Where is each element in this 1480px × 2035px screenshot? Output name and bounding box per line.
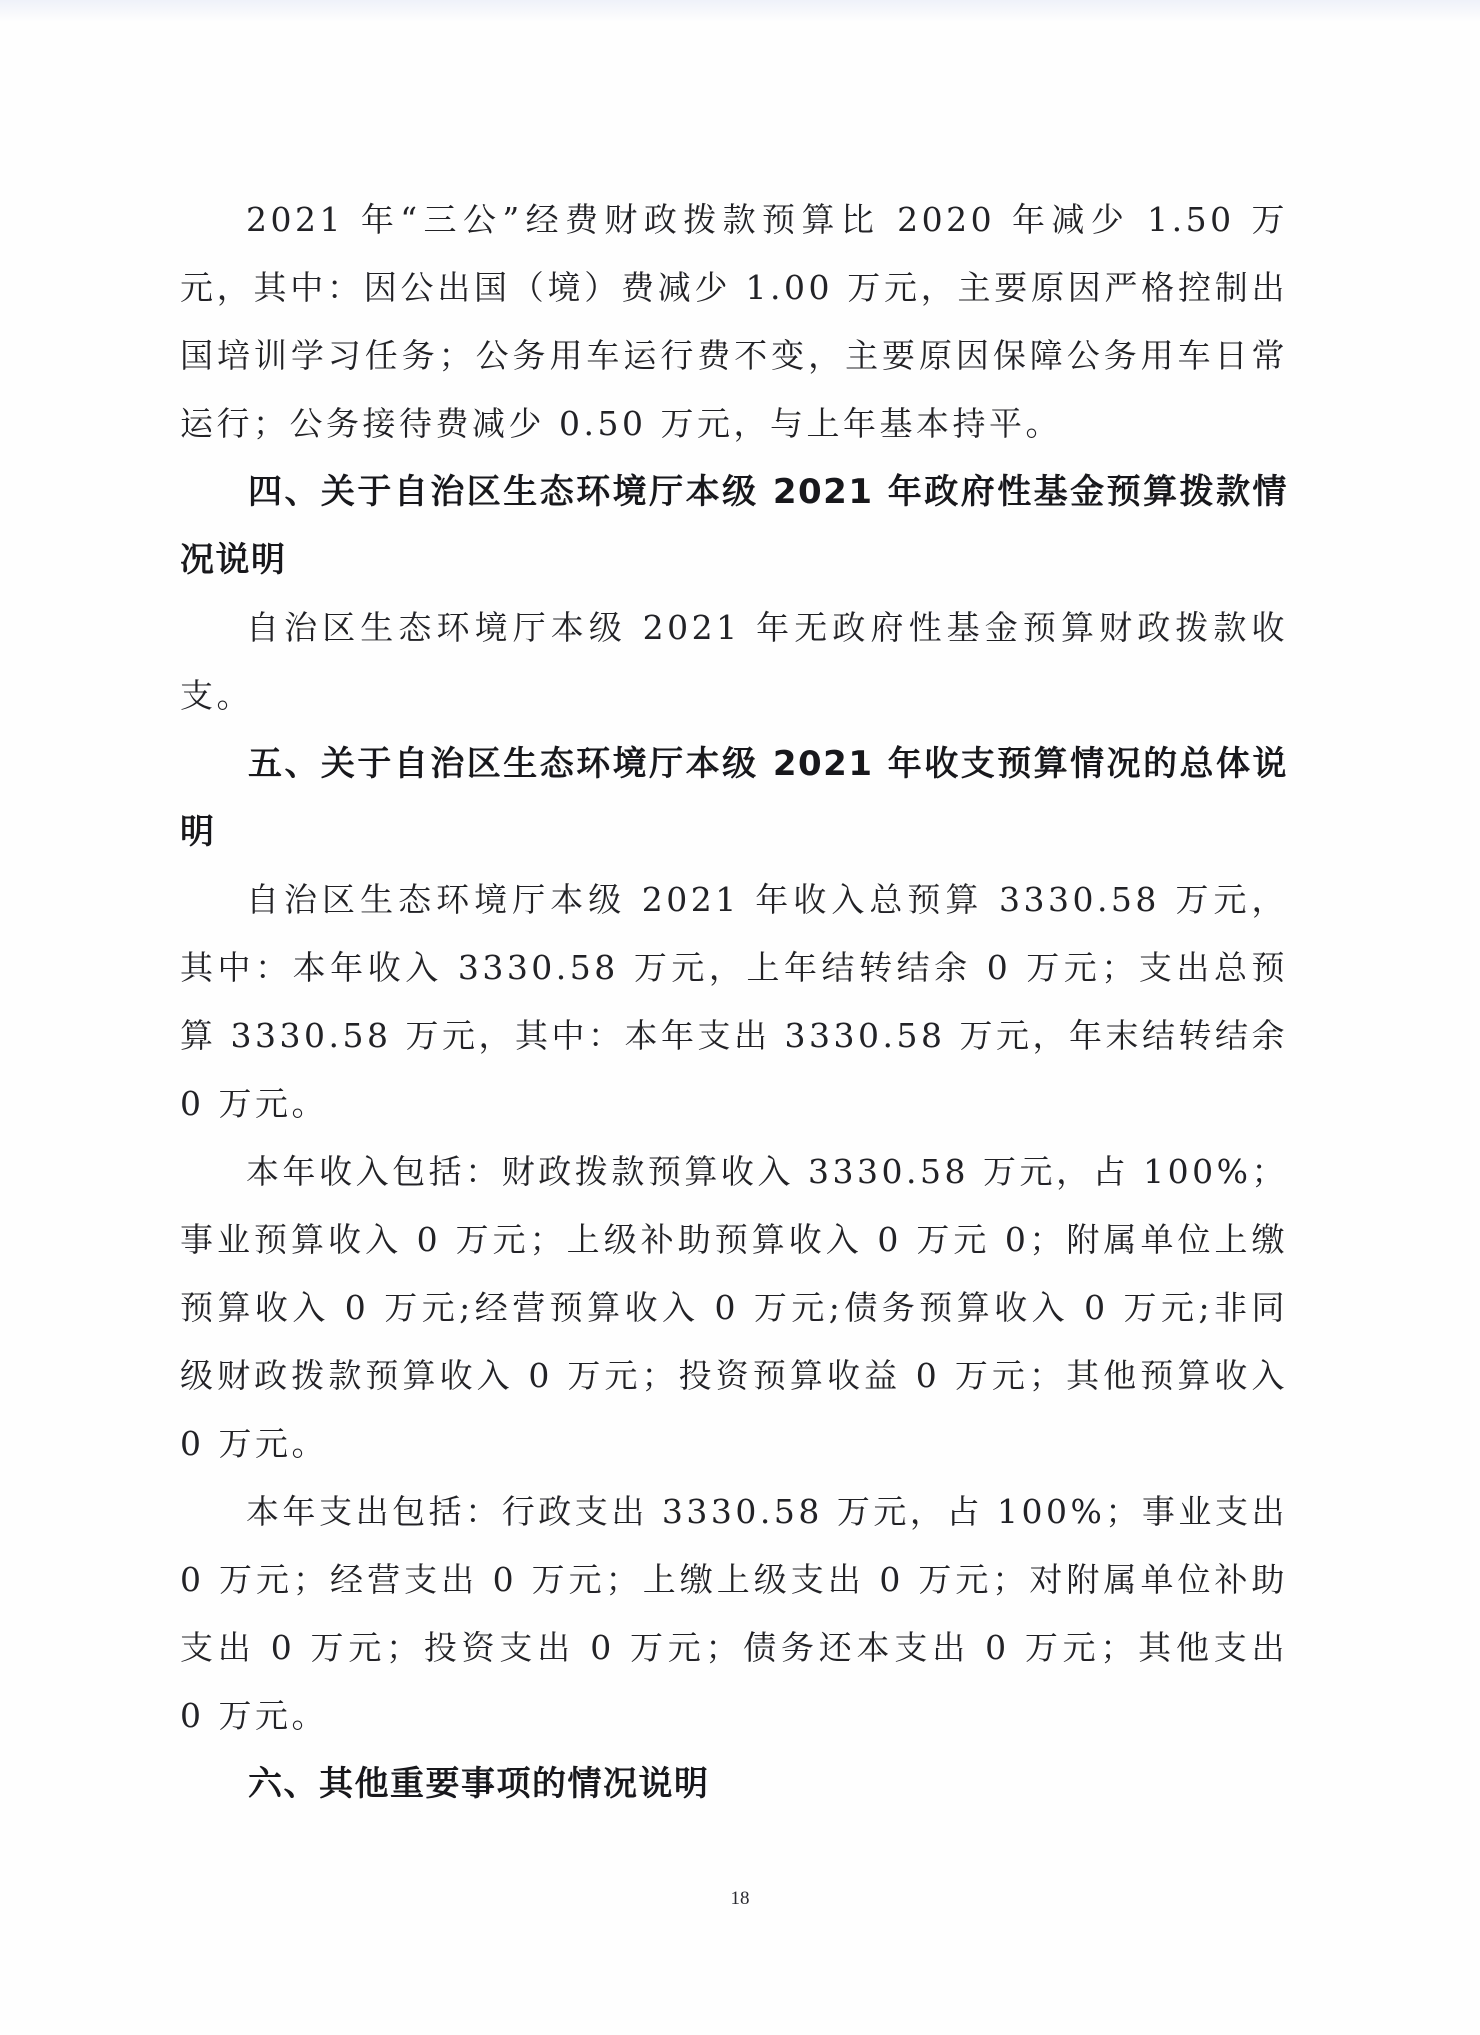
paragraph-expenditure-breakdown: 本年支出包括：行政支出 3330.58 万元，占 100%；事业支出 0 万元；… xyxy=(180,1478,1288,1750)
heading-section-five-overall-budget: 五、关于自治区生态环境厅本级 2021 年收支预算情况的总体说明 xyxy=(180,730,1288,866)
page-number: 18 xyxy=(0,1888,1480,1910)
heading-section-six-other-matters: 六、其他重要事项的情况说明 xyxy=(180,1750,1288,1818)
paragraph-overall-budget: 自治区生态环境厅本级 2021 年收入总预算 3330.58 万元，其中：本年收… xyxy=(180,866,1288,1138)
document-page: 2021 年“三公”经费财政拨款预算比 2020 年减少 1.50 万元，其中：… xyxy=(0,0,1480,2035)
paragraph-income-breakdown: 本年收入包括：财政拨款预算收入 3330.58 万元，占 100%；事业预算收入… xyxy=(180,1138,1288,1478)
paragraph-government-fund: 自治区生态环境厅本级 2021 年无政府性基金预算财政拨款收支。 xyxy=(180,594,1288,730)
document-body: 2021 年“三公”经费财政拨款预算比 2020 年减少 1.50 万元，其中：… xyxy=(180,186,1288,1818)
paragraph-three-public-expenses: 2021 年“三公”经费财政拨款预算比 2020 年减少 1.50 万元，其中：… xyxy=(180,186,1288,458)
scan-edge-artifact xyxy=(0,0,1480,22)
heading-section-four-government-fund: 四、关于自治区生态环境厅本级 2021 年政府性基金预算拨款情况说明 xyxy=(180,458,1288,594)
